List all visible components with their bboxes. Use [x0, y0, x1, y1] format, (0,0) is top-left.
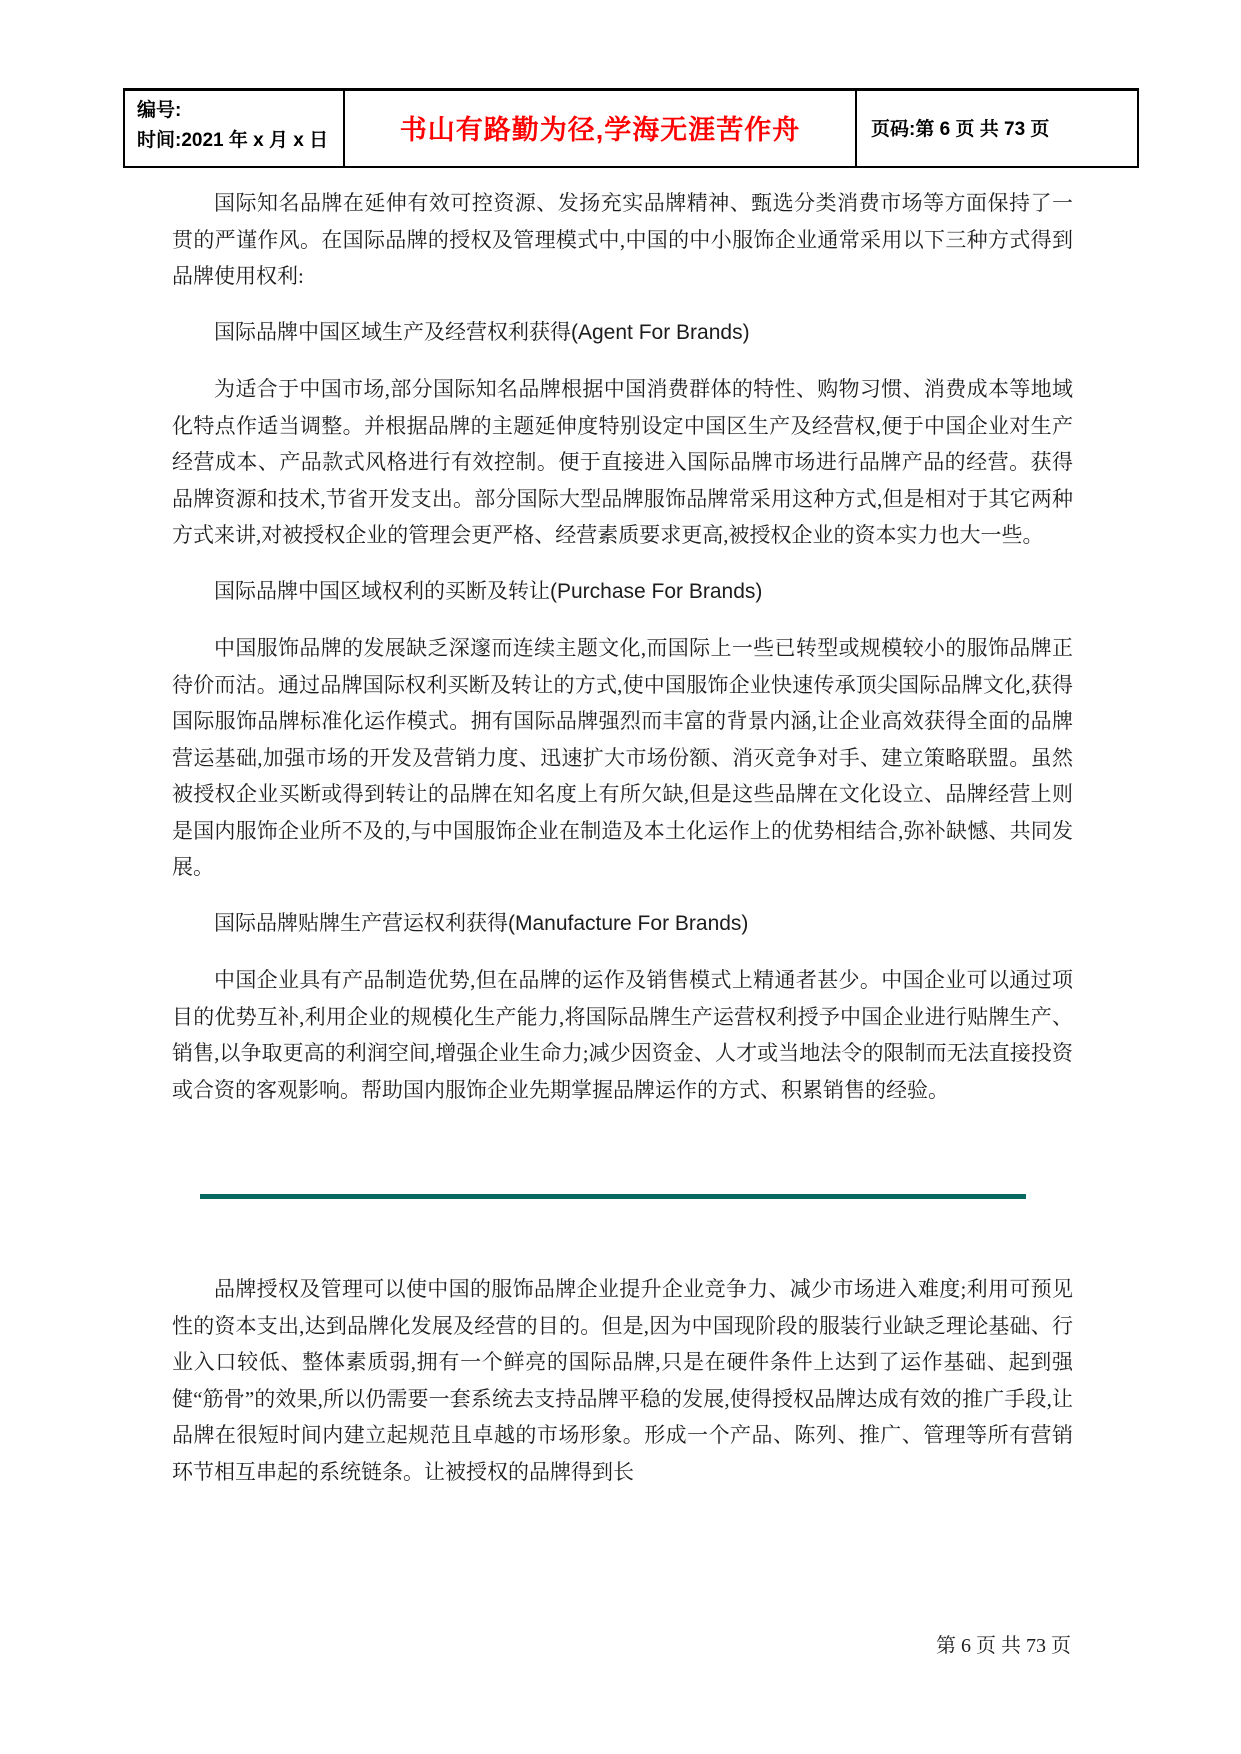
document-body: 国际知名品牌在延伸有效可控资源、发扬充实品牌精神、甄选分类消费市场等方面保持了一… [172, 185, 1073, 1490]
section-heading-manufacture-for-brands: 国际品牌贴牌生产营运权利获得(Manufacture For Brands) [172, 906, 1073, 943]
document-page: 编号: 时间:2021 年 x 月 x 日 书山有路勤为径,学海无涯苦作舟 页码… [0, 0, 1241, 1754]
header-slogan: 书山有路勤为径,学海无涯苦作舟 [343, 91, 857, 166]
doc-date-label: 时间:2021 年 x 月 x 日 [137, 126, 335, 156]
page-footer: 第 6 页 共 73 页 [936, 1629, 1071, 1658]
paragraph-closing: 品牌授权及管理可以使中国的服饰品牌企业提升企业竞争力、减少市场进入难度;利用可预… [172, 1271, 1073, 1490]
header-meta-cell: 编号: 时间:2021 年 x 月 x 日 [125, 91, 343, 166]
header-page-info: 页码:第 6 页 共 73 页 [857, 91, 1137, 166]
section-divider [200, 1194, 1026, 1199]
section-heading-agent-for-brands: 国际品牌中国区域生产及经营权利获得(Agent For Brands) [172, 315, 1073, 352]
paragraph-purchase-for-brands: 中国服饰品牌的发展缺乏深邃而连续主题文化,而国际上一些已转型或规模较小的服饰品牌… [172, 630, 1073, 886]
doc-number-label: 编号: [137, 96, 335, 126]
paragraph-intro: 国际知名品牌在延伸有效可控资源、发扬充实品牌精神、甄选分类消费市场等方面保持了一… [172, 185, 1073, 295]
paragraph-manufacture-for-brands: 中国企业具有产品制造优势,但在品牌的运作及销售模式上精通者甚少。中国企业可以通过… [172, 962, 1073, 1108]
paragraph-agent-for-brands: 为适合于中国市场,部分国际知名品牌根据中国消费群体的特性、购物习惯、消费成本等地… [172, 371, 1073, 554]
page-header: 编号: 时间:2021 年 x 月 x 日 书山有路勤为径,学海无涯苦作舟 页码… [123, 88, 1139, 168]
section-heading-purchase-for-brands: 国际品牌中国区域权利的买断及转让(Purchase For Brands) [172, 574, 1073, 611]
